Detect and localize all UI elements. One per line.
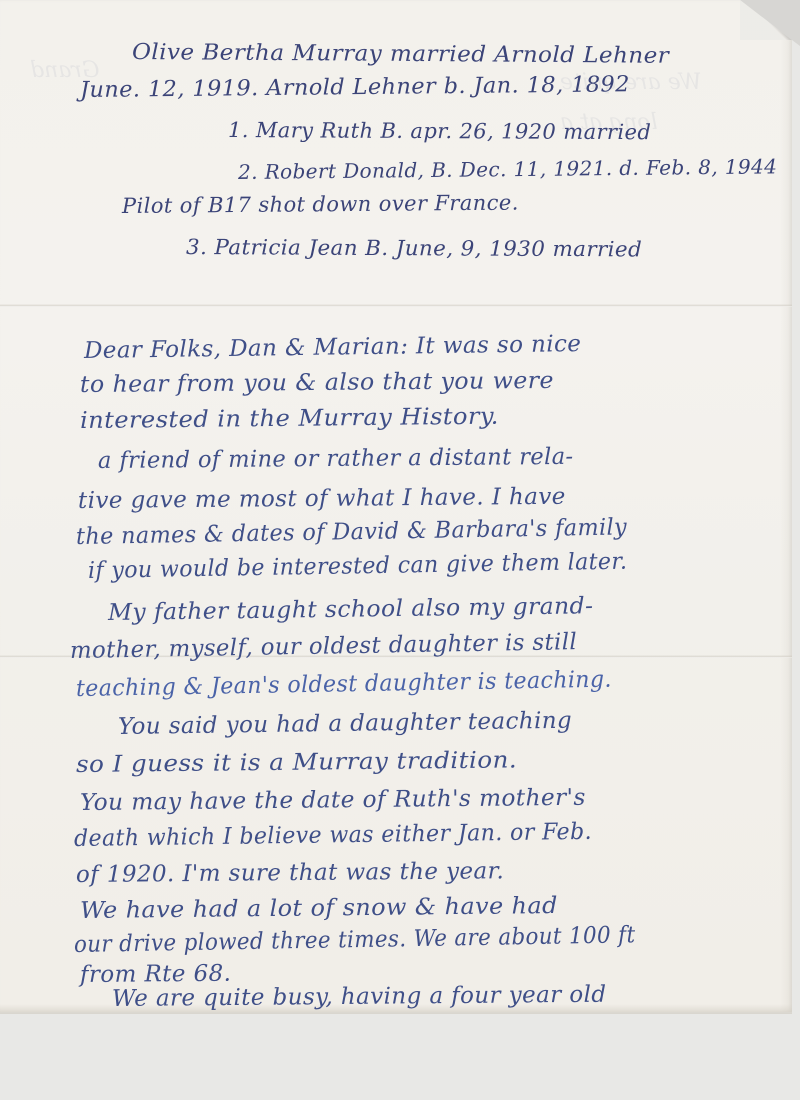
fold-crease [0, 304, 792, 307]
letter-line: We are quite busy, having a four year ol… [112, 982, 607, 1012]
letter-line: from Rte 68. [80, 961, 232, 988]
header-line: Pilot of B17 shot down over France. [122, 191, 519, 218]
header-line: Olive Bertha Murray married Arnold Lehne… [132, 40, 669, 69]
letter-line: to hear from you & also that you were [80, 368, 554, 398]
letter-line: interested in the Murray History. [80, 404, 499, 434]
letter-line: We have had a lot of snow & have had [80, 893, 558, 924]
letter-line: tive gave me most of what I have. I have [78, 484, 566, 514]
letter-line: of 1920. I'm sure that was the year. [76, 858, 504, 888]
letter-line: a friend of mine or rather a distant rel… [98, 444, 574, 474]
letter-line: You may have the date of Ruth's mother's [80, 785, 586, 816]
letter-line: so I guess it is a Murray tradition. [76, 747, 517, 778]
paper-edge [780, 40, 792, 1012]
header-line: 3. Patricia Jean B. June, 9, 1930 marrie… [186, 235, 642, 261]
header-line: 1. Mary Ruth B. apr. 26, 1920 married [228, 118, 651, 144]
